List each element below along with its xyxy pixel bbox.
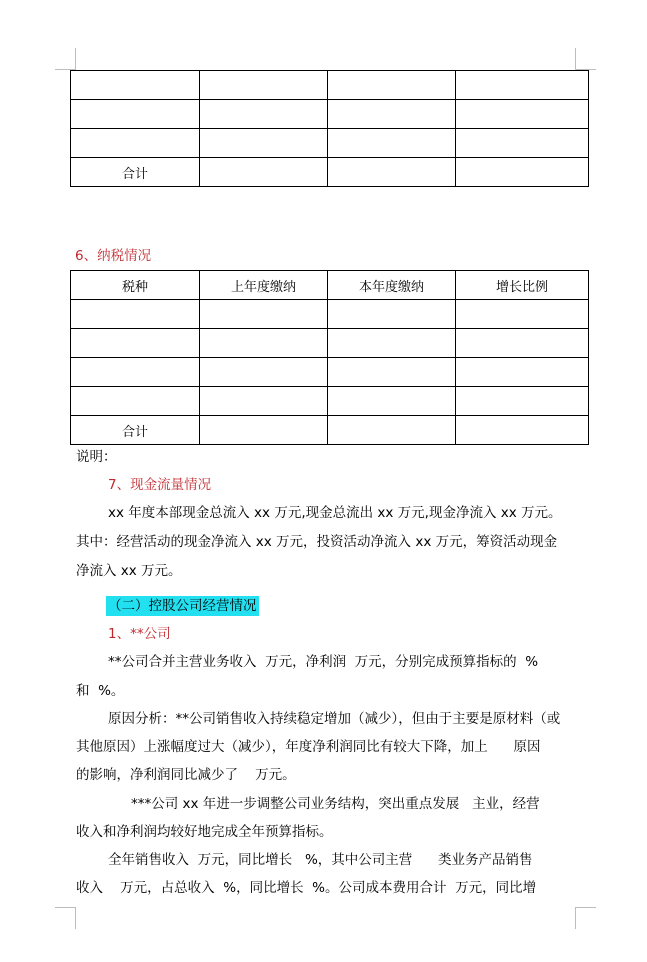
- header-tax-type: 税种: [71, 271, 200, 300]
- highlighted-heading: （二）控股公司经营情况: [106, 596, 259, 616]
- table-cell[interactable]: [456, 387, 589, 416]
- table-cell[interactable]: [200, 358, 328, 387]
- table-cell[interactable]: [200, 387, 328, 416]
- table-header-row: 税种上年度缴纳本年度缴纳增长比例: [71, 271, 589, 300]
- table-cell[interactable]: [71, 387, 200, 416]
- corner-mark-bottom-left: [75, 907, 76, 929]
- table-cell[interactable]: [328, 358, 456, 387]
- section-6-heading: 6、纳税情况: [75, 247, 151, 265]
- table-cell[interactable]: [328, 100, 456, 129]
- table-row: [71, 129, 589, 158]
- table-cell[interactable]: [200, 300, 328, 329]
- table-cell[interactable]: [328, 300, 456, 329]
- table-cell[interactable]: [456, 71, 589, 100]
- table-continued: 合计: [70, 70, 589, 187]
- body-line: ***公司 xx 年进一步调整公司业务结构，突出重点发展 主业，经营: [131, 795, 540, 813]
- table-cell[interactable]: [71, 71, 200, 100]
- table-row-total: 合计: [71, 158, 589, 187]
- corner-mark-top-left: [75, 48, 76, 70]
- table-cell[interactable]: [456, 329, 589, 358]
- table-row-total: 合计: [71, 416, 589, 445]
- company-1-heading: 1、**公司: [108, 625, 171, 643]
- header-growth: 增长比例: [456, 271, 589, 300]
- total-label[interactable]: 合计: [71, 158, 200, 187]
- body-line: 原因分析：**公司销售收入持续稳定增加（减少），但由于主要是原材料（或: [108, 710, 560, 728]
- section-b-heading: （二）控股公司经营情况: [106, 597, 259, 615]
- table-cell[interactable]: [71, 100, 200, 129]
- table-note: 说明：: [76, 448, 117, 466]
- header-this-year: 本年度缴纳: [328, 271, 456, 300]
- cashflow-line-2: 其中：经营活动的现金净流入 xx 万元，投资活动净流入 xx 万元，筹资活动现金: [76, 533, 557, 551]
- table-cell[interactable]: [456, 129, 589, 158]
- table-cell[interactable]: [328, 158, 456, 187]
- table-cell[interactable]: [328, 129, 456, 158]
- table-cell[interactable]: [200, 158, 328, 187]
- total-label[interactable]: 合计: [71, 416, 200, 445]
- header-last-year: 上年度缴纳: [200, 271, 328, 300]
- table-cell[interactable]: [328, 329, 456, 358]
- table-row: [71, 358, 589, 387]
- table-row: [71, 71, 589, 100]
- table-cell[interactable]: [71, 358, 200, 387]
- table-cell[interactable]: [456, 100, 589, 129]
- corner-mark-bottom-right: [575, 907, 576, 929]
- body-line: 其他原因）上涨幅度过大（减少），年度净利润同比有较大下降，加上 原因: [76, 738, 541, 756]
- table-cell[interactable]: [456, 358, 589, 387]
- table-cell[interactable]: [200, 71, 328, 100]
- table-row: [71, 329, 589, 358]
- table-row: [71, 387, 589, 416]
- table-cell[interactable]: [456, 416, 589, 445]
- table-cell[interactable]: [200, 329, 328, 358]
- section-7-heading: 7、现金流量情况: [108, 476, 211, 494]
- table-cell[interactable]: [456, 300, 589, 329]
- table-cell[interactable]: [200, 129, 328, 158]
- corner-mark-top-right: [575, 48, 576, 70]
- corner-mark-bottom-right-h: [576, 907, 596, 908]
- corner-mark-bottom-left-h: [55, 907, 75, 908]
- body-line: 的影响，净利润同比减少了 万元。: [76, 766, 296, 784]
- table-cell[interactable]: [71, 300, 200, 329]
- table-cell[interactable]: [200, 100, 328, 129]
- table-cell[interactable]: [200, 416, 328, 445]
- body-line: 收入和净利润均较好地完成全年预算指标。: [76, 823, 333, 841]
- table-row: [71, 100, 589, 129]
- table-cell[interactable]: [71, 329, 200, 358]
- body-line: 和 %。: [76, 682, 124, 700]
- table-cell[interactable]: [328, 387, 456, 416]
- body-line: 全年销售收入 万元，同比增长 %，其中公司主营 类业务产品销售: [108, 851, 533, 869]
- table-cell[interactable]: [456, 158, 589, 187]
- table-cell[interactable]: [328, 416, 456, 445]
- body-line: **公司合并主营业务收入 万元，净利润 万元，分别完成预算指标的 %: [108, 653, 538, 671]
- cashflow-line-3: 净流入 xx 万元。: [76, 562, 182, 580]
- table-row: [71, 300, 589, 329]
- cashflow-line-1: xx 年度本部现金总流入 xx 万元,现金总流出 xx 万元,现金净流入 xx …: [108, 504, 562, 522]
- tax-table: 税种上年度缴纳本年度缴纳增长比例 合计: [70, 270, 589, 445]
- table-cell[interactable]: [328, 71, 456, 100]
- body-line: 收入 万元，占总收入 %，同比增长 %。公司成本费用合计 万元，同比增: [76, 879, 536, 897]
- table-cell[interactable]: [71, 129, 200, 158]
